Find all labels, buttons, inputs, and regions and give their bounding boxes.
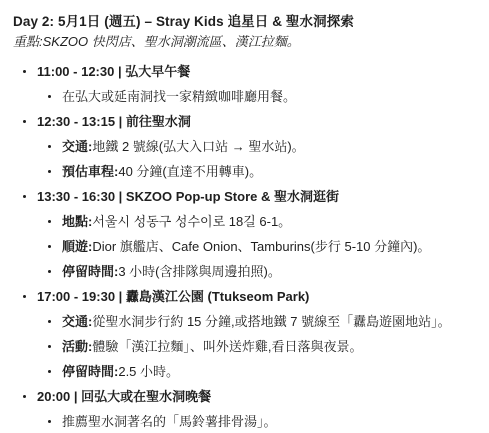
- detail-text: 3 小時(含排隊與周邊拍照)。: [118, 264, 281, 279]
- detail-item: 地點:서울시 성동구 성수이로 18길 6-1。: [37, 213, 475, 230]
- detail-text: 推薦聖水洞著名的「馬鈴薯排骨湯」。: [62, 414, 277, 429]
- detail-item: 停留時間:3 小時(含排隊與周邊拍照)。: [37, 263, 475, 280]
- detail-text: 在弘大或延南洞找一家精緻咖啡廳用餐。: [62, 89, 296, 104]
- schedule-item: 12:30 - 13:15 | 前往聖水洞 交通:地鐵 2 號線(弘大入口站 →…: [13, 113, 475, 180]
- detail-text: 서울시 성동구 성수이로 18길 6-1。: [92, 214, 291, 229]
- detail-text: 2.5 小時。: [118, 364, 179, 379]
- schedule-item-heading: 13:30 - 16:30 | SKZOO Pop-up Store & 聖水洞…: [37, 188, 475, 205]
- detail-item: 推薦聖水洞著名的「馬鈴薯排骨湯」。: [37, 413, 475, 430]
- detail-text: 地鐵 2 號線(弘大入口站 → 聖水站)。: [92, 139, 304, 154]
- detail-item: 交通:地鐵 2 號線(弘大入口站 → 聖水站)。: [37, 138, 475, 155]
- detail-label: 交通:: [62, 139, 92, 154]
- detail-label: 地點:: [62, 214, 92, 229]
- detail-item: 交通:從聖水洞步行約 15 分鐘,或搭地鐵 7 號線至「纛島遊園地站」。: [37, 313, 475, 330]
- detail-text: 40 分鐘(直達不用轉車)。: [118, 164, 262, 179]
- detail-item: 在弘大或延南洞找一家精緻咖啡廳用餐。: [37, 88, 475, 105]
- detail-label: 順遊:: [62, 239, 92, 254]
- schedule-item-heading: 20:00 | 回弘大或在聖水洞晚餐: [37, 388, 475, 405]
- detail-item: 順遊:Dior 旗艦店、Cafe Onion、Tamburins(步行 5-10…: [37, 238, 475, 255]
- detail-label: 預估車程:: [62, 164, 118, 179]
- day-highlights: 重點:SKZOO 快閃店、聖水洞潮流區、漢江拉麵。: [13, 33, 475, 50]
- detail-text: 體驗「漢江拉麵」、叫外送炸雞,看日落與夜景。: [92, 339, 362, 354]
- detail-label: 交通:: [62, 314, 92, 329]
- itinerary-document: Day 2: 5月1日 (週五) – Stray Kids 追星日 & 聖水洞探…: [0, 0, 489, 430]
- schedule-item: 11:00 - 12:30 | 弘大早午餐 在弘大或延南洞找一家精緻咖啡廳用餐。: [13, 63, 475, 105]
- detail-label: 活動:: [62, 339, 92, 354]
- detail-label: 停留時間:: [62, 264, 118, 279]
- schedule-item-details: 地點:서울시 성동구 성수이로 18길 6-1。 順遊:Dior 旗艦店、Caf…: [37, 213, 475, 280]
- detail-item: 預估車程:40 分鐘(直達不用轉車)。: [37, 163, 475, 180]
- schedule-item: 17:00 - 19:30 | 纛島漢江公園 (Ttukseom Park) 交…: [13, 288, 475, 380]
- schedule-item-heading: 12:30 - 13:15 | 前往聖水洞: [37, 113, 475, 130]
- schedule-item-details: 交通:從聖水洞步行約 15 分鐘,或搭地鐵 7 號線至「纛島遊園地站」。 活動:…: [37, 313, 475, 380]
- schedule-item: 20:00 | 回弘大或在聖水洞晚餐 推薦聖水洞著名的「馬鈴薯排骨湯」。: [13, 388, 475, 430]
- schedule-item-heading: 11:00 - 12:30 | 弘大早午餐: [37, 63, 475, 80]
- detail-text: Dior 旗艦店、Cafe Onion、Tamburins(步行 5-10 分鐘…: [92, 239, 430, 254]
- schedule-item-details: 推薦聖水洞著名的「馬鈴薯排骨湯」。: [37, 413, 475, 430]
- day-title: Day 2: 5月1日 (週五) – Stray Kids 追星日 & 聖水洞探…: [13, 13, 475, 30]
- schedule-list: 11:00 - 12:30 | 弘大早午餐 在弘大或延南洞找一家精緻咖啡廳用餐。…: [13, 63, 475, 430]
- schedule-item-details: 交通:地鐵 2 號線(弘大入口站 → 聖水站)。 預估車程:40 分鐘(直達不用…: [37, 138, 475, 180]
- detail-label: 停留時間:: [62, 364, 118, 379]
- detail-item: 停留時間:2.5 小時。: [37, 363, 475, 380]
- detail-text: 從聖水洞步行約 15 分鐘,或搭地鐵 7 號線至「纛島遊園地站」。: [92, 314, 450, 329]
- schedule-item-details: 在弘大或延南洞找一家精緻咖啡廳用餐。: [37, 88, 475, 105]
- schedule-item: 13:30 - 16:30 | SKZOO Pop-up Store & 聖水洞…: [13, 188, 475, 280]
- detail-item: 活動:體驗「漢江拉麵」、叫外送炸雞,看日落與夜景。: [37, 338, 475, 355]
- schedule-item-heading: 17:00 - 19:30 | 纛島漢江公園 (Ttukseom Park): [37, 288, 475, 305]
